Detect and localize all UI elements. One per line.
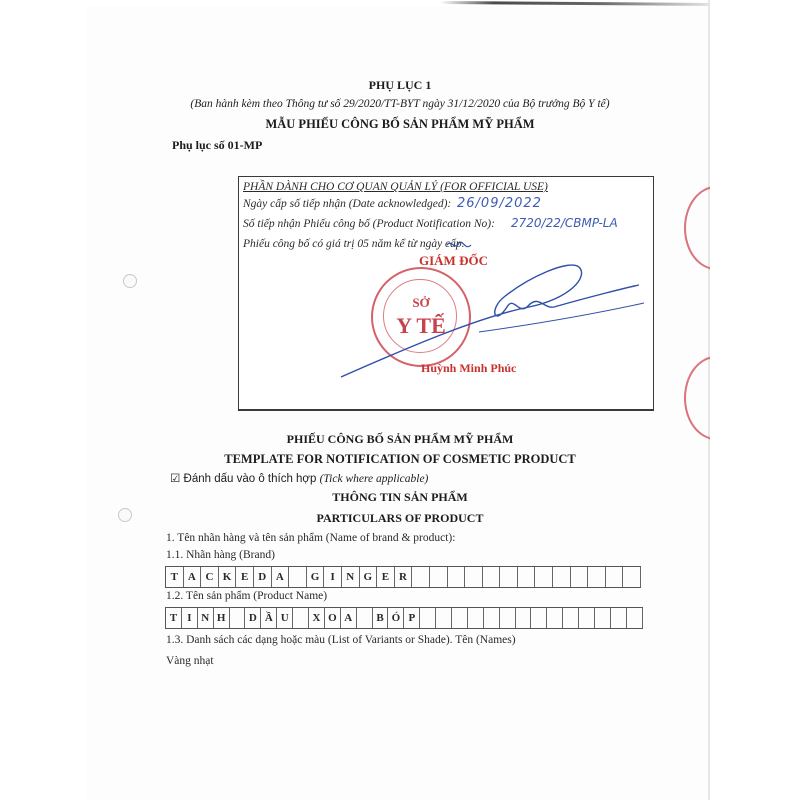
char-box — [436, 608, 452, 628]
char-box: Ó — [388, 608, 404, 628]
char-box — [563, 608, 579, 628]
char-box — [468, 608, 484, 628]
date-acknowledged-value: 26/09/2022 — [457, 196, 542, 211]
appendix-title: PHỤ LỤC 1 — [0, 78, 800, 93]
char-box — [465, 567, 483, 587]
char-box — [430, 567, 448, 587]
char-box — [588, 567, 606, 587]
char-box — [606, 567, 624, 587]
char-box: K — [219, 567, 237, 587]
brand-product-question: 1. Tên nhãn hàng và tên sản phẩm (Name o… — [166, 532, 455, 544]
char-box: N — [342, 567, 360, 587]
notification-no-label: Số tiếp nhận Phiếu công bố (Product Noti… — [243, 218, 495, 230]
char-box — [571, 567, 589, 587]
char-box: X — [309, 608, 325, 628]
form-title: MẪU PHIẾU CÔNG BỐ SẢN PHẨM MỸ PHẨM — [0, 117, 800, 132]
char-box — [500, 608, 516, 628]
char-box — [289, 567, 307, 587]
char-box — [293, 608, 309, 628]
char-box — [516, 608, 532, 628]
page-margin — [710, 0, 800, 800]
checkbox-checked-icon: ☑ — [170, 473, 180, 485]
char-box: R — [395, 567, 413, 587]
char-box — [452, 608, 468, 628]
char-box: D — [254, 567, 272, 587]
char-box — [230, 608, 246, 628]
char-box: T — [166, 608, 182, 628]
char-box: N — [198, 608, 214, 628]
char-box: G — [360, 567, 378, 587]
tick-note: ☑ Đánh dấu vào ô thích hợp (Tick where a… — [170, 471, 428, 485]
char-box — [535, 567, 553, 587]
char-box: H — [214, 608, 230, 628]
char-box: E — [377, 567, 395, 587]
char-box — [484, 608, 500, 628]
char-box: G — [307, 567, 325, 587]
char-box — [448, 567, 466, 587]
char-box — [547, 608, 563, 628]
char-box: T — [166, 567, 184, 587]
signer-name: Huỳnh Minh Phúc — [421, 361, 516, 376]
char-box: A — [341, 608, 357, 628]
char-box — [531, 608, 547, 628]
tick-note-vi: Đánh dấu vào ô thích hợp — [184, 473, 317, 485]
char-box: Ầ — [261, 608, 277, 628]
char-box — [553, 567, 571, 587]
char-box: P — [404, 608, 420, 628]
char-box: I — [324, 567, 342, 587]
char-box: B — [373, 608, 389, 628]
brand-label: 1.1. Nhãn hàng (Brand) — [166, 549, 275, 561]
product-name-char-boxes: TINHDẦUXOABÓP — [165, 607, 643, 629]
char-box: D — [245, 608, 261, 628]
char-box: A — [272, 567, 290, 587]
notification-no-value: 2720/22/CBMP-LA — [511, 216, 618, 230]
char-box — [611, 608, 627, 628]
char-box — [595, 608, 611, 628]
section-title-en: PARTICULARS OF PRODUCT — [0, 511, 800, 526]
issued-note: (Ban hành kèm theo Thông tư số 29/2020/T… — [0, 98, 800, 110]
date-acknowledged-label: Ngày cấp số tiếp nhận (Date acknowledged… — [243, 198, 451, 210]
brand-char-boxes: TACKEDAGINGER — [165, 566, 641, 588]
char-box — [420, 608, 436, 628]
char-box — [500, 567, 518, 587]
variants-label: 1.3. Danh sách các dạng hoặc màu (List o… — [166, 634, 516, 646]
char-box: I — [182, 608, 198, 628]
char-box — [518, 567, 536, 587]
official-use-box: PHẦN DÀNH CHO CƠ QUAN QUẢN LÝ (FOR OFFIC… — [238, 176, 654, 411]
char-box: E — [236, 567, 254, 587]
tick-note-en: (Tick where applicable) — [320, 473, 429, 485]
official-use-heading: PHẦN DÀNH CHO CƠ QUAN QUẢN LÝ (FOR OFFIC… — [243, 181, 548, 193]
section-title-vi: THÔNG TIN SẢN PHẨM — [0, 490, 800, 505]
template-title-en: TEMPLATE FOR NOTIFICATION OF COSMETIC PR… — [0, 452, 800, 467]
product-name-label: 1.2. Tên sản phẩm (Product Name) — [166, 590, 327, 602]
char-box — [627, 608, 643, 628]
char-box — [412, 567, 430, 587]
char-box: U — [277, 608, 293, 628]
variants-value: Vàng nhạt — [166, 655, 214, 667]
char-box — [623, 567, 641, 587]
char-box — [483, 567, 501, 587]
appendix-number: Phụ lục số 01-MP — [172, 138, 262, 153]
char-box: O — [325, 608, 341, 628]
char-box: C — [201, 567, 219, 587]
char-box — [357, 608, 373, 628]
punch-hole-icon — [123, 274, 137, 288]
char-box — [579, 608, 595, 628]
template-title-vi: PHIẾU CÔNG BỐ SẢN PHẨM MỸ PHẨM — [0, 432, 800, 447]
char-box: A — [184, 567, 202, 587]
